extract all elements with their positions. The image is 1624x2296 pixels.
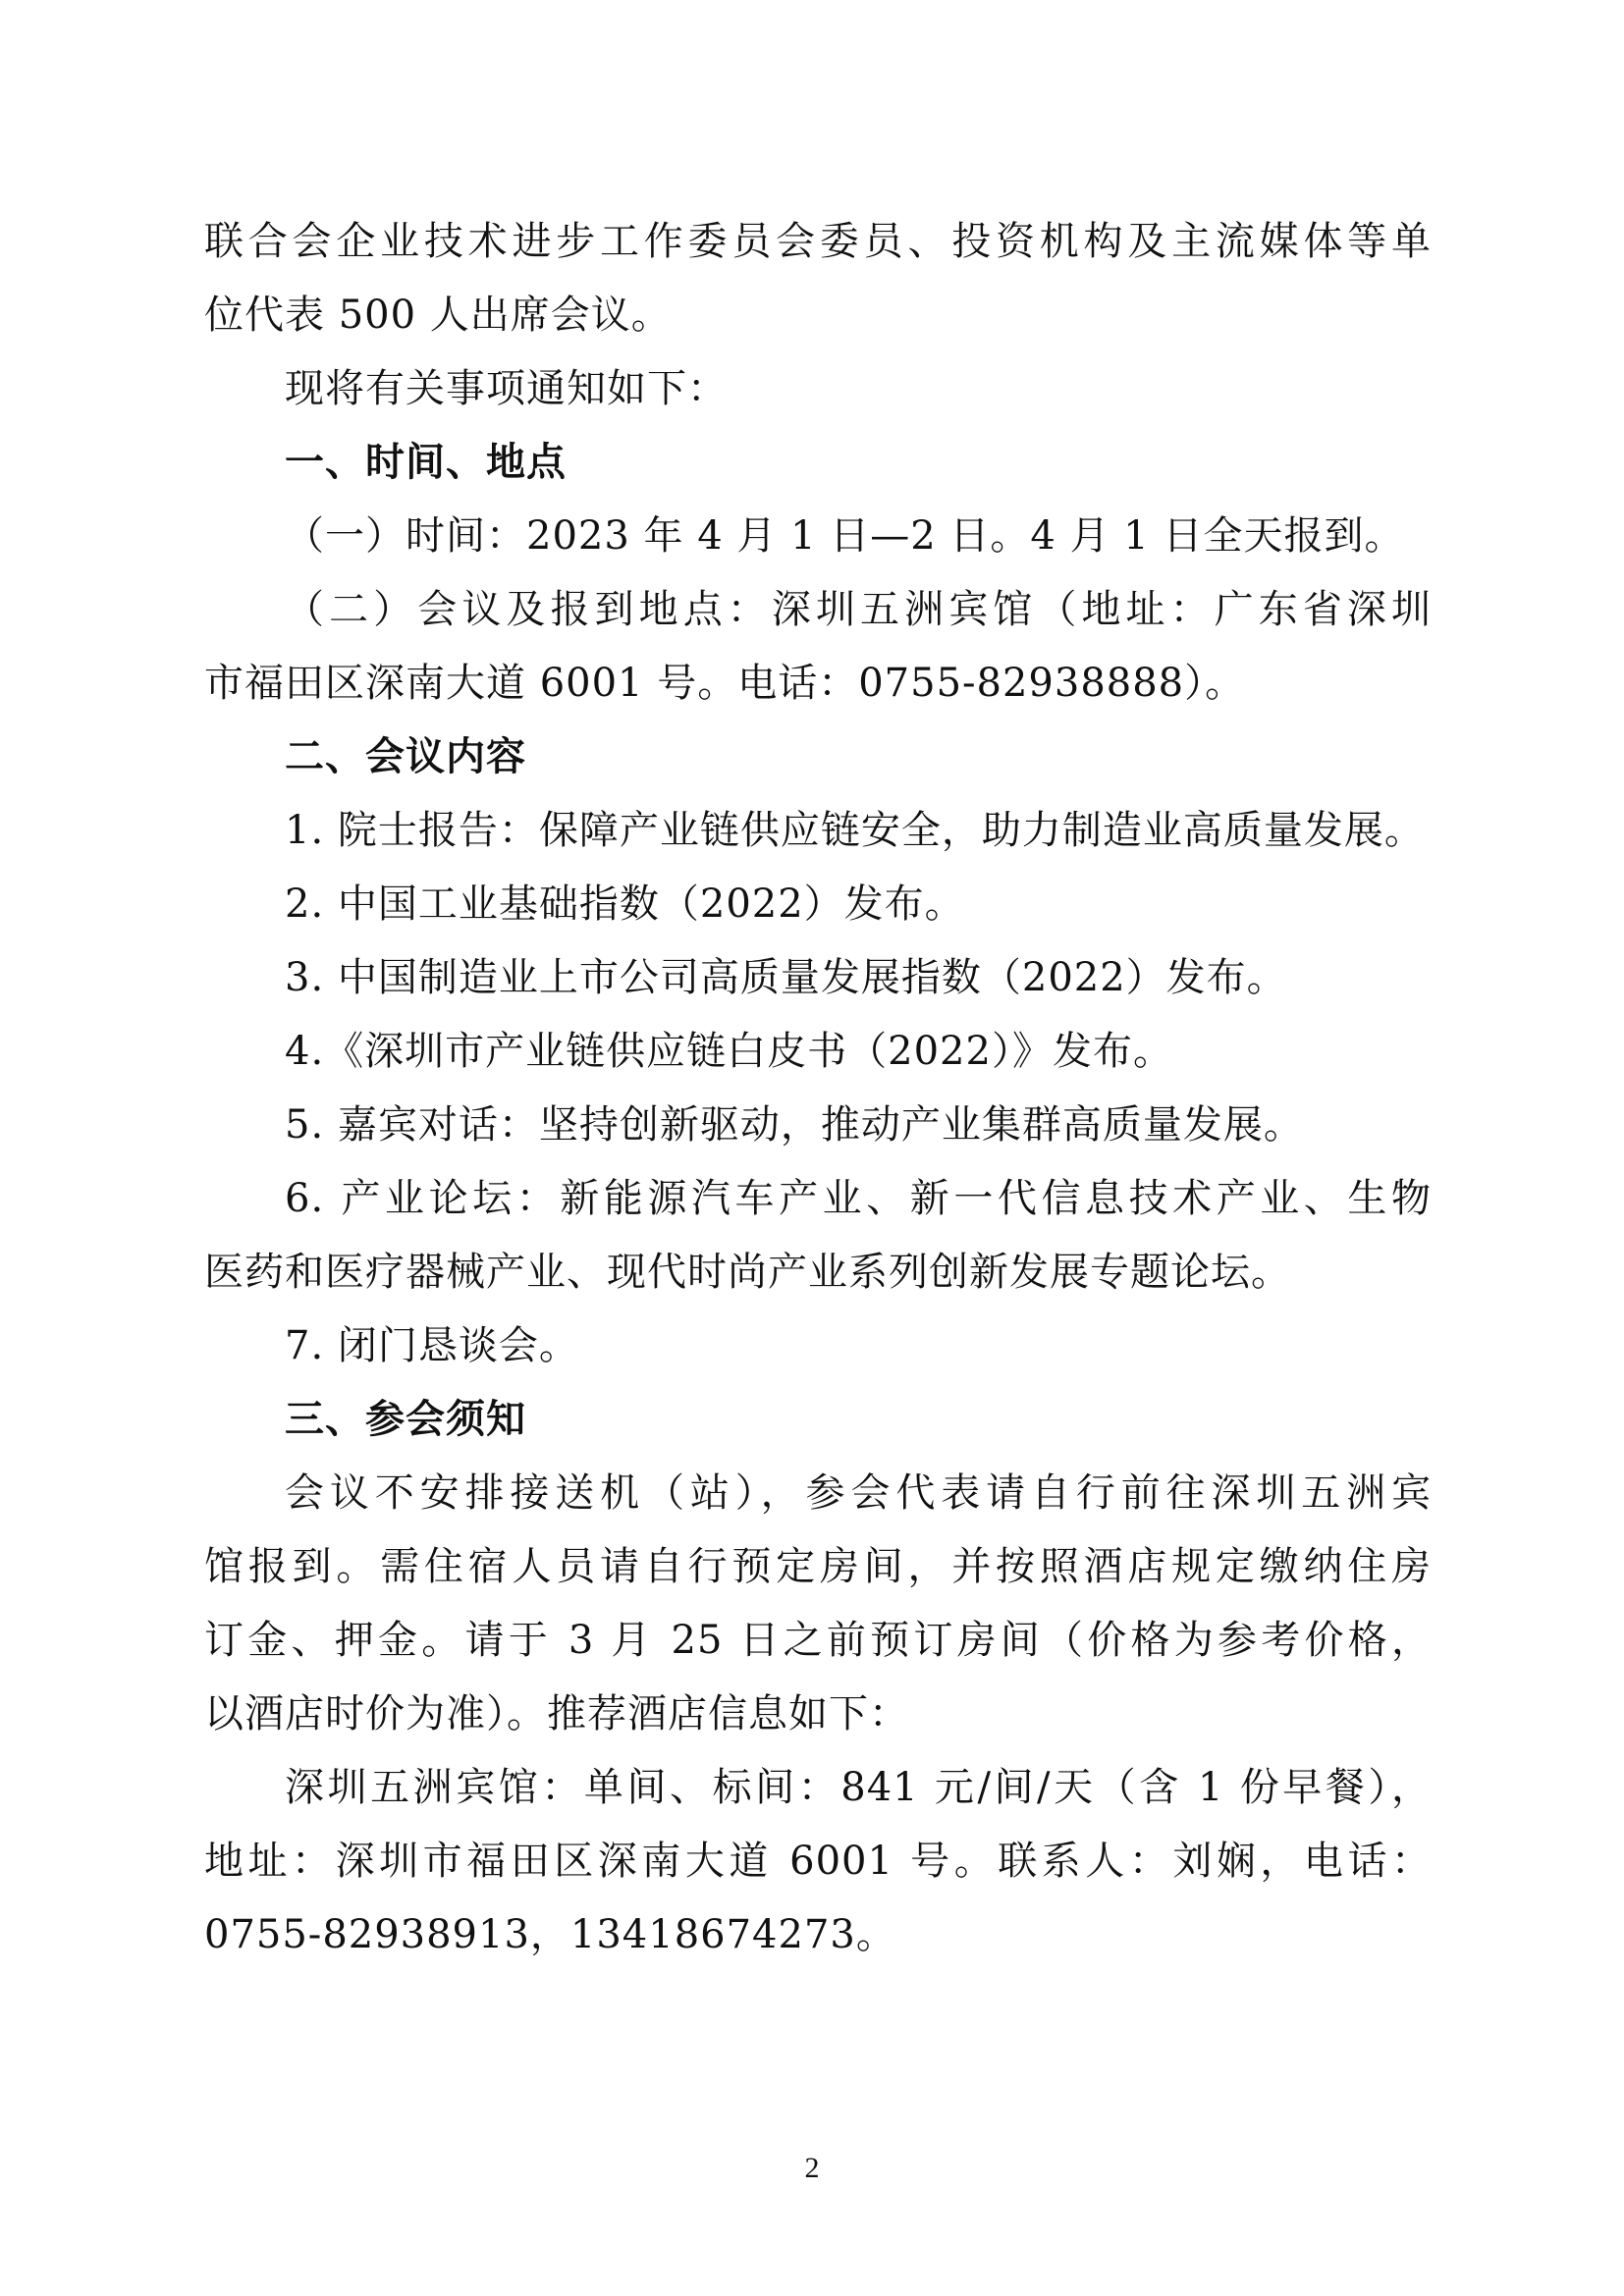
agenda-item: 7. 闭门恳谈会。 (285, 1322, 579, 1369)
section-heading-attendance-notes: 三、参会须知 (285, 1396, 526, 1443)
paragraph-line: 馆报到。需住宿人员请自行预定房间，并按照酒店规定缴纳住房 (204, 1543, 1432, 1590)
paragraph-line: （一）时间：2023 年 4 月 1 日—2 日。4 月 1 日全天报到。 (285, 512, 1404, 560)
hotel-info-line: 深圳五洲宾馆：单间、标间：841 元/间/天（含 1 份早餐）， (285, 1764, 1432, 1811)
paragraph-line: 市福田区深南大道 6001 号。电话：0755-82938888）。 (204, 660, 1245, 707)
paragraph-line: （二）会议及报到地点：深圳五洲宾馆（地址：广东省深圳 (285, 586, 1432, 633)
agenda-item: 2. 中国工业基础指数（2022）发布。 (285, 881, 965, 928)
paragraph-line: 订金、押金。请于 3 月 25 日之前预订房间（价格为参考价格， (204, 1617, 1432, 1664)
paragraph-line: 位代表 500 人出席会议。 (204, 292, 672, 339)
paragraph-line: 现将有关事项通知如下： (285, 365, 728, 412)
paragraph-line: 以酒店时价为准）。推荐酒店信息如下： (204, 1690, 909, 1737)
page-number: 2 (0, 2152, 1624, 2185)
paragraph-line: 会议不安排接送机（站），参会代表请自行前往深圳五洲宾 (285, 1469, 1432, 1517)
agenda-item: 3. 中国制造业上市公司高质量发展指数（2022）发布。 (285, 954, 1287, 1001)
hotel-info-line: 地址：深圳市福田区深南大道 6001 号。联系人：刘娴，电话： (204, 1838, 1432, 1885)
section-heading-time-location: 一、时间、地点 (285, 439, 567, 486)
agenda-item: 6. 产业论坛：新能源汽车产业、新一代信息技术产业、生物 (285, 1175, 1432, 1222)
section-heading-agenda: 二、会议内容 (285, 733, 526, 780)
agenda-item: 4.《深圳市产业链供应链白皮书（2022）》发布。 (285, 1028, 1173, 1075)
paragraph-line: 联合会企业技术进步工作委员会委员、投资机构及主流媒体等单 (204, 218, 1432, 265)
document-page: 联合会企业技术进步工作委员会委员、投资机构及主流媒体等单 位代表 500 人出席… (0, 0, 1624, 2296)
hotel-contact-phone: 0755-82938913，13418674273。 (204, 1911, 896, 1958)
agenda-item: 5. 嘉宾对话：坚持创新驱动，推动产业集群高质量发展。 (285, 1101, 1304, 1148)
agenda-item-continued: 医药和医疗器械产业、现代时尚产业系列创新发展专题论坛。 (204, 1249, 1291, 1296)
agenda-item: 1. 院士报告：保障产业链供应链安全，助力制造业高质量发展。 (285, 807, 1425, 854)
